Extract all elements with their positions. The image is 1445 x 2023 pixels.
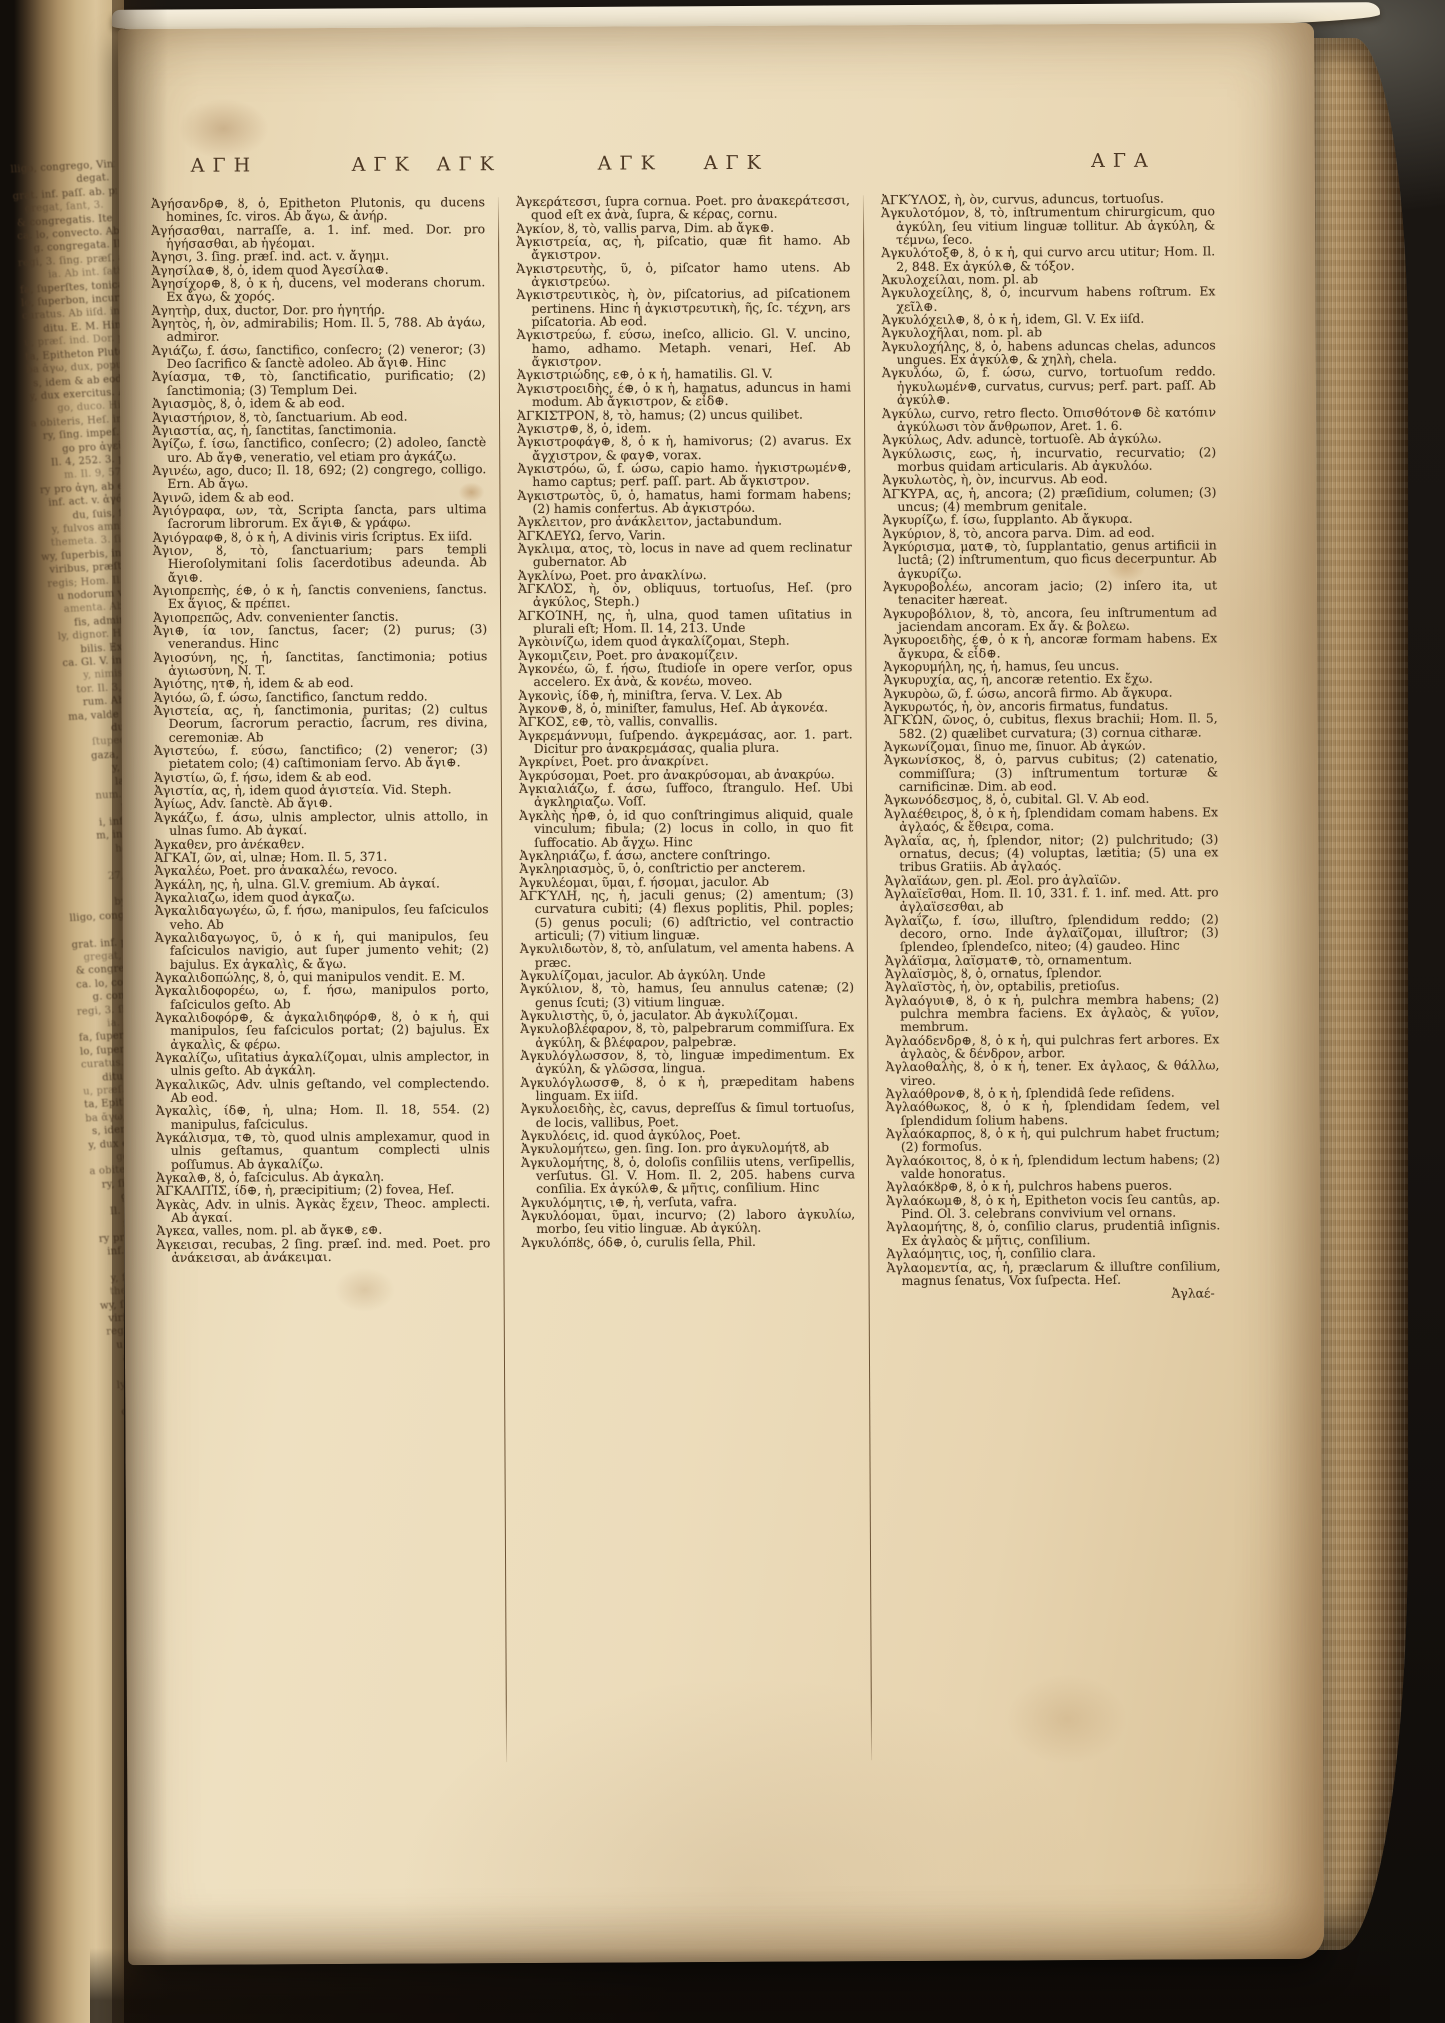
column-rule-2 xyxy=(863,195,872,1760)
lexicon-entry: Ἀγκαλικῶς, Adv. ulnis geſtando, vel comp… xyxy=(155,1076,489,1104)
lexicon-entry: Ἀγκαλιδοφορέω, ω, f. ήσω, manipulos port… xyxy=(155,982,489,1010)
lexicon-entry: Ἀγκαλὶς, ίδ⊕, ἡ, ulna; Hom. Il. 18, 554.… xyxy=(156,1103,490,1131)
lexicon-entry: Ἀγκιστρόω, ῶ, f. ώσω, capio hamo. ἠγκιστ… xyxy=(517,460,851,488)
lexicon-entry: Ἀγλαϊεῖσθαι, Hom. Il. 10, 331. f. 1. inf… xyxy=(885,885,1219,913)
lexicon-entry: Ἀγκιστροειδὴς, έ⊕, ὁ κ ἡ, hamatus, adunc… xyxy=(517,380,851,408)
lexicon-entry: Ἀγιόγραφα, ων, τὰ, Scripta ſancta, pars … xyxy=(152,502,486,530)
left-page-edge: lligo, congrego, Vinitiadegat.grat. inf.… xyxy=(0,0,124,2023)
lexicon-entry: Ἀγκὰς, Adv. in ulnis. Ἀγκὰς ἔχειν, Theoc… xyxy=(156,1196,490,1224)
lexicon-entry: Ἀγκιαλιάζω, f. άσω, ſuffoco, ſtrangulo. … xyxy=(519,780,853,808)
column-rule-1 xyxy=(498,197,507,1762)
running-head-right: ΑΓΚ xyxy=(598,152,663,174)
lexicon-entry: Ἀγκλὴς ἦρ⊕, ὁ, id quo conſtringimus aliq… xyxy=(519,807,853,849)
lexicon-entry: Ἀγκυλότοξ⊕, ȣ, ὁ κ ἡ, qui curvo arcu uti… xyxy=(881,245,1215,273)
column-1: Ἀγήσανδρ⊕, ȣ, ὁ, Epitheton Plutonis, qu … xyxy=(151,195,491,1264)
lexicon-entry: ἈΓΚΛὈΣ, ὴ, ὸν, obliquus, tortuoſus, Heſ.… xyxy=(518,580,852,608)
running-heads: ΑΓΗ ΑΓΚ ΑΓΚ ΑΓΚ ΑΓΚ ΑΓΑ xyxy=(119,149,1315,185)
lexicon-entry: Ἀγλαόκοιτος, ȣ, ὁ κ ἡ, ſplendidum lectum… xyxy=(886,1152,1220,1180)
lexicon-entry: Ἀγκυλόομαι, ῦμαι, incurvo; (2) laboro ἀγ… xyxy=(521,1207,855,1235)
lexicon-entry: Ἀγκωνίσκος, ȣ, ὁ, parvus cubitus; (2) ca… xyxy=(884,752,1218,794)
lexicon-entry: Ἀγλαόγυι⊕, ȣ, ὁ κ ἡ, pulchra membra habe… xyxy=(885,992,1219,1034)
lexicon-entry: Ἀγίζω, f. ίσω, ſanctifico, conſecro; (2)… xyxy=(152,435,486,463)
lexicon-entry: ἈΓΚΎΛΗ, ης, ἡ, jaculi genus; (2) amentum… xyxy=(520,887,854,942)
lexicon-entry: Ἀγκυλομήτης, ȣ, ὁ, doloſis conſiliis ute… xyxy=(521,1154,855,1196)
lexicon-entry: Ἀγκρεμάννυμι, ſuſpendo. ἀγκρεμάσας, aor.… xyxy=(519,727,853,755)
lexicon-entry: Ἀγκύλωσις, εως, ἡ, incurvatio, recurvati… xyxy=(882,445,1216,473)
lexicon-entry: Ἀγλαόθωκος, ȣ, ὁ κ ἡ, ſplendidam ſedem, … xyxy=(886,1099,1220,1127)
lexicon-entry: Ἀγιον, ȣ, τὸ, ſanctuarium; pars templi H… xyxy=(153,542,487,584)
lexicon-entry: Ἀγκυλόγλωσσον, ȣ, τὸ, linguæ impedimentu… xyxy=(520,1047,854,1075)
lexicon-entry: Ἀγκαλίζω, uſitatius ἀγκαλίζομαι, ulnis a… xyxy=(155,1049,489,1077)
lexicon-entry: Ἀγλαέθειρος, ȣ, ὁ κ ἡ, ſplendidam comam … xyxy=(884,805,1218,833)
text-block: Ἀγήσανδρ⊕, ȣ, ὁ, Epitheton Plutonis, qu … xyxy=(119,191,1315,197)
lexicon-entry: ἈΓΚΥΡΑ, ας, ἡ, ancora; (2) præſidium, co… xyxy=(882,485,1216,513)
lexicon-entry: Ἀγκυλόπȣς, όδ⊕, ὁ, curulis ſella, Phil. xyxy=(521,1234,855,1249)
lexicon-entry: Ἀγλαΐα, ας, ἡ, ſplendor, nitor; (2) pulc… xyxy=(884,832,1218,874)
lexicon-entry: Ἀγκεράτεσσι, ſupra cornua. Poet. pro ἀνα… xyxy=(516,193,850,221)
catchword: Ἀγλαέ- xyxy=(887,1287,1221,1302)
lexicon-entry: Ἀγκυλιδωτὸν, ȣ, τὸ, anſulatum, vel ament… xyxy=(520,941,854,969)
lexicon-entry: Ἀγήσανδρ⊕, ȣ, ὁ, Epitheton Plutonis, qu … xyxy=(151,195,485,223)
lexicon-entry: Ἀγκυλοχείλης, ȣ, ὁ, incurvum habens roſt… xyxy=(881,285,1215,313)
lexicon-entry: Ἀγκαλιδαγωγέω, ῶ, f. ήσω, manipulos, ſeu… xyxy=(155,902,489,930)
lexicon-entry: Ἀγκαλιδαγωγος, ῦ, ὁ κ ἡ, qui manipulos, … xyxy=(155,929,489,971)
lexicon-entry: Ἀγίασμα, τ⊕, τὸ, ſanctificatio, purifica… xyxy=(152,369,486,397)
lexicon-entry: Ἀγκυλοβλέφαρον, ȣ, τὸ, palpebrarum commi… xyxy=(520,1021,854,1049)
lexicon-entry: Ἀγκιστρευτικὸς, ὴ, ὸν, piſcatorius, ad p… xyxy=(516,287,850,329)
lexicon-entry: Ἀγκυλόω, ῶ, f. ώσω, curvo, tortuoſum red… xyxy=(882,365,1216,407)
lexicon-entry: Ἀγκυλόγλωσσ⊕, ȣ, ὁ κ ἡ, præpeditam haben… xyxy=(520,1074,854,1102)
lexicon-entry: Ἀγιστεία, ας, ἡ, ſanctimonia, puritas; (… xyxy=(154,702,488,744)
lexicon-entry: Ἀγκεισαι, recubas, 2 ſing. præſ. ind. me… xyxy=(156,1236,490,1264)
lexicon-entry: Ἀγκυροειδὴς, έ⊕, ὁ κ ἡ, ancoræ formam ha… xyxy=(883,632,1217,660)
lexicon-entry: ἈΓΚΙΣΤΡΟΝ, ȣ, τὸ, hamus; (2) uncus quili… xyxy=(517,407,851,422)
lexicon-entry: ἈΓΚΟΊΝΗ, ης, ἡ, ulna, quod tamen uſitati… xyxy=(518,607,852,635)
lexicon-entry: Ἀγλαόδενδρ⊕, ȣ, ὁ κ ἡ, qui pulchras fert… xyxy=(885,1032,1219,1060)
lexicon-entry: Ἀγλαόκωμ⊕, ȣ, ὁ κ ἡ, Epitheton vocis ſeu… xyxy=(886,1192,1220,1220)
lexicon-entry: Ἀγκλιμα, ατος, τὸ, locus in nave ad quem… xyxy=(518,540,852,568)
lexicon-entry: Ἀγκύρισμα, ματ⊕, τὸ, ſupplantatio, genus… xyxy=(883,538,1217,580)
left-page-fragments: lligo, congrego, Vinitiadegat.grat. inf.… xyxy=(10,158,124,1660)
running-head-left: ΑΓΗ xyxy=(191,154,259,176)
column-2: Ἀγκεράτεσσι, ſupra cornua. Poet. pro ἀνα… xyxy=(516,193,856,1249)
lexicon-entry: Ἀγκύλω, curvo, retro flecto. Ὀπισθότον⊕ … xyxy=(882,405,1216,433)
lexicon-entry: Ἀγητὸς, ἡ, ὸν, admirabilis; Hom. Il. 5, … xyxy=(152,315,486,343)
column-3: ἈΓΚΎΛΟΣ, ὴ, ὸν, curvus, aduncus, tortuoſ… xyxy=(881,191,1221,1301)
lexicon-entry: Ἀγκάζω, f. άσω, ulnis amplector, ulnis a… xyxy=(154,809,488,837)
lexicon-entry: Ἀγλαόκαρπος, ȣ, ὁ κ ἡ, qui pulchrum habe… xyxy=(886,1125,1220,1153)
running-head-right: ΑΓΑ xyxy=(1091,150,1156,172)
lexicon-entry: Ἀγιοπρεπὴς, έ⊕, ὁ κ ἡ, ſanctis convenien… xyxy=(153,582,487,610)
running-head-col2: ΑΓΚ ΑΓΚ xyxy=(437,152,663,175)
lexicon-entry: Ἀγιοσύνη, ης, ἡ, ſanctitas, ſanctimonia;… xyxy=(153,649,487,677)
lexicon-entry: Ἀγινέω, ago, duco; Il. 18, 692; (2) cong… xyxy=(152,462,486,490)
lexicon-entry: Ἀγκύλιον, ȣ, τὸ, hamus, ſeu annulus cate… xyxy=(520,981,854,1009)
lexicon-entry: Ἀγκυροβολέω, ancoram jacio; (2) inſero i… xyxy=(883,578,1217,606)
running-head-col3: ΑΓΚ ΑΓΑ xyxy=(704,150,1156,174)
lexicon-entry: Ἀγκαλιδοφόρ⊕, & ἀγκαλιδηφόρ⊕, ȣ, ὁ κ ἡ, … xyxy=(155,1009,489,1051)
lexicon-entry: Ἀγκάλισμα, τ⊕, τὸ, quod ulnis amplexamur… xyxy=(156,1129,490,1171)
lexicon-entry: Ἀγλαομήτης, ȣ, ὁ, conſilio clarus, prude… xyxy=(886,1219,1220,1247)
lexicon-entry: Ἀγκυλοειδὴς, ὲς, cavus, depreſſus & ſimu… xyxy=(521,1101,855,1129)
lexicon-entry: Ἀγκιστρευτὴς, ῦ, ὁ, piſcator hamo utens.… xyxy=(516,260,850,288)
lexicon-entry: Ἀγλαΐζω, f. ίσω, illuſtro, ſplendidum re… xyxy=(885,912,1219,954)
lexicon-entry: Ἀγι⊕, ία ιον, ſanctus, ſacer; (2) purus;… xyxy=(153,622,487,650)
lexicon-entry: Ἀγκυροβόλιον, ȣ, τὸ, ancora, ſeu inſtrum… xyxy=(883,605,1217,633)
lexicon-entry: ἈΓΚῺΝ, ῶνος, ὁ, cubitus, flexus brachii;… xyxy=(884,712,1218,740)
lexicon-entry: Ἀγλαοθαλὴς, ȣ, ὁ κ ἡ, tener. Ex ἀγλαος, … xyxy=(885,1059,1219,1087)
book-photograph: lligo, congrego, Vinitiadegat.grat. inf.… xyxy=(0,0,1445,2023)
lexicon-entry: Ἀγιάζω, f. άσω, ſanctifico, conſecro; (2… xyxy=(152,342,486,370)
lexicon-entry: Ἀγκονέω, ῶ, f. ήσω, ſtudioſe in opere ve… xyxy=(518,660,852,688)
lexicon-entry: Ἀγκιστρωτὸς, ῦ, ὁ, hamatus, hami formam … xyxy=(517,487,851,515)
stain xyxy=(1007,1674,1127,1765)
running-head-left: ΑΓΚ xyxy=(704,152,769,174)
lexicon-entry: Ἀγκιστροφάγ⊕, ȣ, ὁ κ ἡ, hamivorus; (2) a… xyxy=(517,433,851,461)
running-head-right: ΑΓΚ xyxy=(352,154,417,176)
lexicon-entry: Ἀγήσασθαι, narraſſe, a. 1. inf. med. Dor… xyxy=(151,222,485,250)
stain xyxy=(178,98,268,158)
lexicon-entry: Ἀγκυλοτόμον, ȣ, τὸ, inſtrumentum chirurg… xyxy=(881,205,1215,247)
lexicon-entry: Ἀγιστεύω, f. εύσω, ſanctifico; (2) vener… xyxy=(154,742,488,770)
lexicon-entry: Ἀγκιστρεύω, f. εύσω, ineſco, allicio. Gl… xyxy=(517,327,851,369)
lexicon-entry: Ἀγησίχορ⊕, ȣ, ὁ κ ἡ, ducens, vel moderan… xyxy=(151,275,485,303)
lexicon-entry: Ἀγκιστρεία, ας, ἡ, piſcatio, quæ fit ham… xyxy=(516,233,850,261)
lexicon-entry: Ἀγκυλοχήλης, ȣ, ὁ, habens aduncas chelas… xyxy=(882,338,1216,366)
lexicon-entry: Ἀγλαομεντία, ας, ἡ, præclarum & illuſtre… xyxy=(886,1259,1220,1287)
stain xyxy=(334,1268,394,1312)
running-head-col1: ΑΓΗ ΑΓΚ xyxy=(191,154,417,177)
lexicon-page: ΑΓΗ ΑΓΚ ΑΓΚ ΑΓΚ ΑΓΚ ΑΓΑ Ἀγήσανδρ⊕, ȣ, ὁ,… xyxy=(118,23,1324,1965)
running-head-left: ΑΓΚ xyxy=(437,153,502,175)
